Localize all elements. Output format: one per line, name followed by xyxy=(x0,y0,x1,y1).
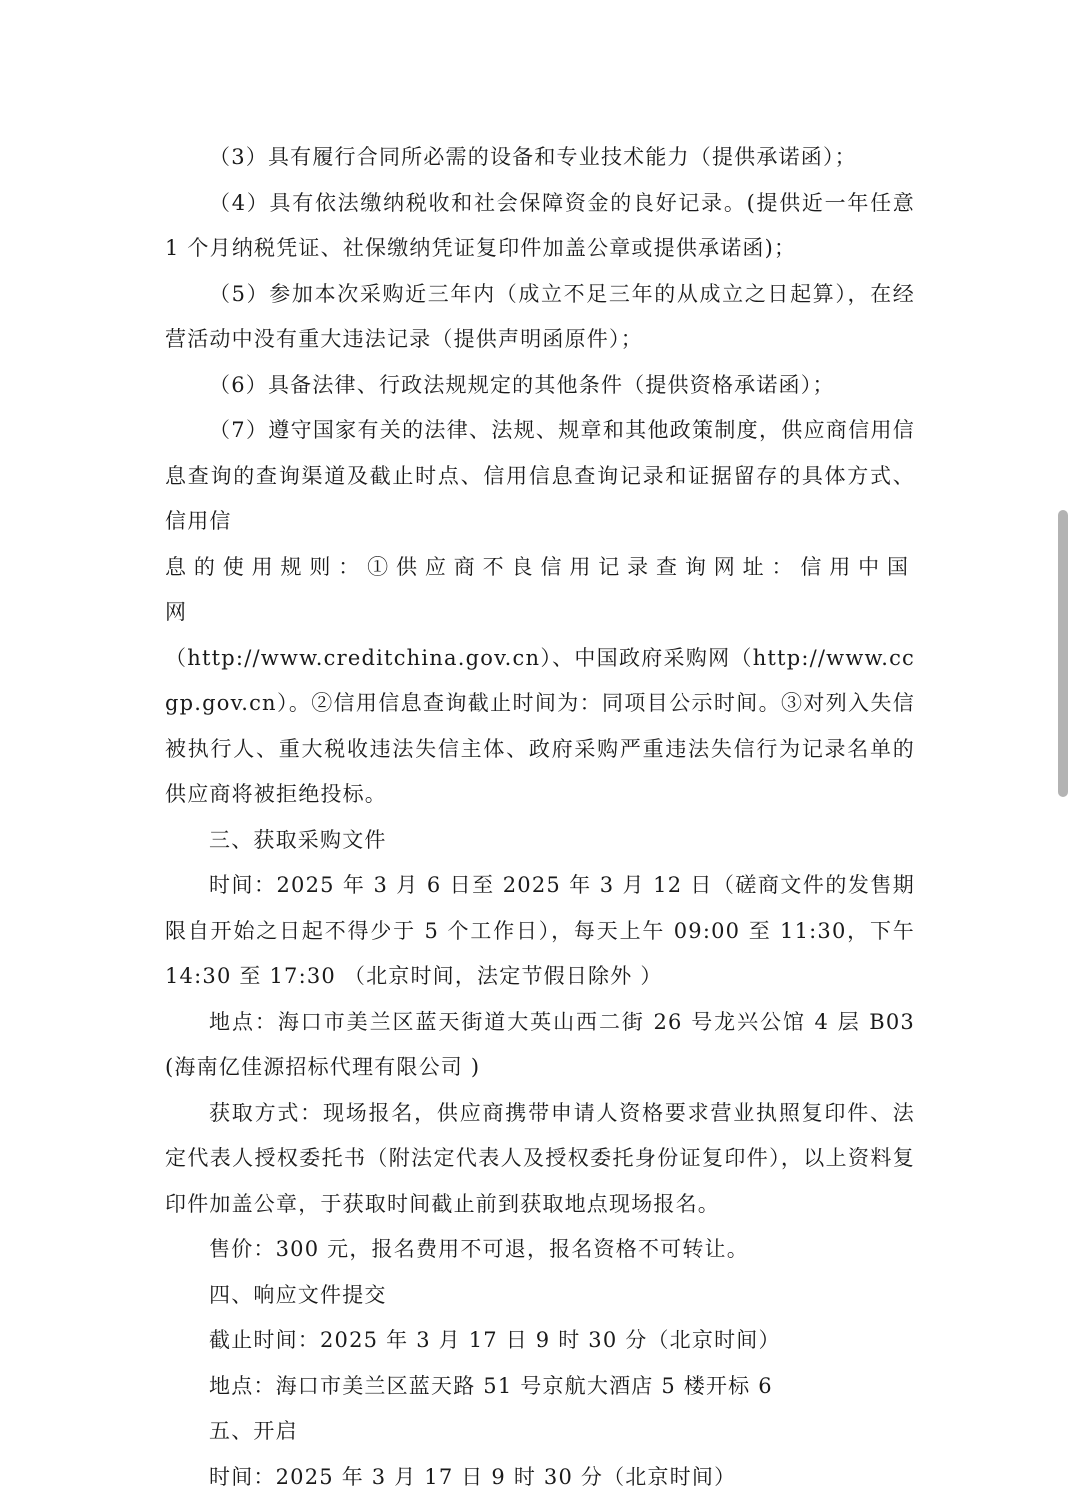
section-3-acquisition-method: 获取方式：现场报名，供应商携带申请人资格要求营业执照复印件、法定代表人授权委托书… xyxy=(165,1091,915,1228)
section-3-location: 地点：海口市美兰区蓝天街道大英山西二街 26 号龙兴公馆 4 层 B03(海南亿… xyxy=(165,1000,915,1091)
section-4-deadline: 截止时间：2025 年 3 月 17 日 9 时 30 分（北京时间） xyxy=(165,1318,915,1364)
document-body: （3）具有履行合同所必需的设备和专业技术能力（提供承诺函）； （4）具有依法缴纳… xyxy=(165,135,915,1500)
section-5-time: 时间：2025 年 3 月 17 日 9 时 30 分（北京时间） xyxy=(165,1455,915,1501)
requirement-5: （5）参加本次采购近三年内（成立不足三年的从成立之日起算），在经营活动中没有重大… xyxy=(165,272,915,363)
requirement-7-part-1: （7）遵守国家有关的法律、法规、规章和其他政策制度，供应商信用信息查询的查询渠道… xyxy=(165,408,915,545)
requirement-6: （6）具备法律、行政法规规定的其他条件（提供资格承诺函）； xyxy=(165,363,915,409)
section-3-heading: 三、获取采购文件 xyxy=(165,818,915,864)
section-4-location: 地点：海口市美兰区蓝天路 51 号京航大酒店 5 楼开标 6 xyxy=(165,1364,915,1410)
scrollbar-thumb[interactable] xyxy=(1058,510,1068,797)
section-3-time: 时间：2025 年 3 月 6 日至 2025 年 3 月 12 日（磋商文件的… xyxy=(165,863,915,1000)
section-3-price: 售价：300 元，报名费用不可退，报名资格不可转让。 xyxy=(165,1227,915,1273)
requirement-7-part-3: （http://www.creditchina.gov.cn）、中国政府采购网（… xyxy=(165,636,915,818)
document-page: （3）具有履行合同所必需的设备和专业技术能力（提供承诺函）； （4）具有依法缴纳… xyxy=(0,0,1080,1512)
requirement-4: （4）具有依法缴纳税收和社会保障资金的良好记录。(提供近一年任意 1 个月纳税凭… xyxy=(165,181,915,272)
section-4-heading: 四、响应文件提交 xyxy=(165,1273,915,1319)
section-5-heading: 五、开启 xyxy=(165,1409,915,1455)
requirement-7-part-2: 息的使用规则：①供应商不良信用记录查询网址：信用中国网 xyxy=(165,545,915,636)
requirement-3: （3）具有履行合同所必需的设备和专业技术能力（提供承诺函）； xyxy=(165,135,915,181)
